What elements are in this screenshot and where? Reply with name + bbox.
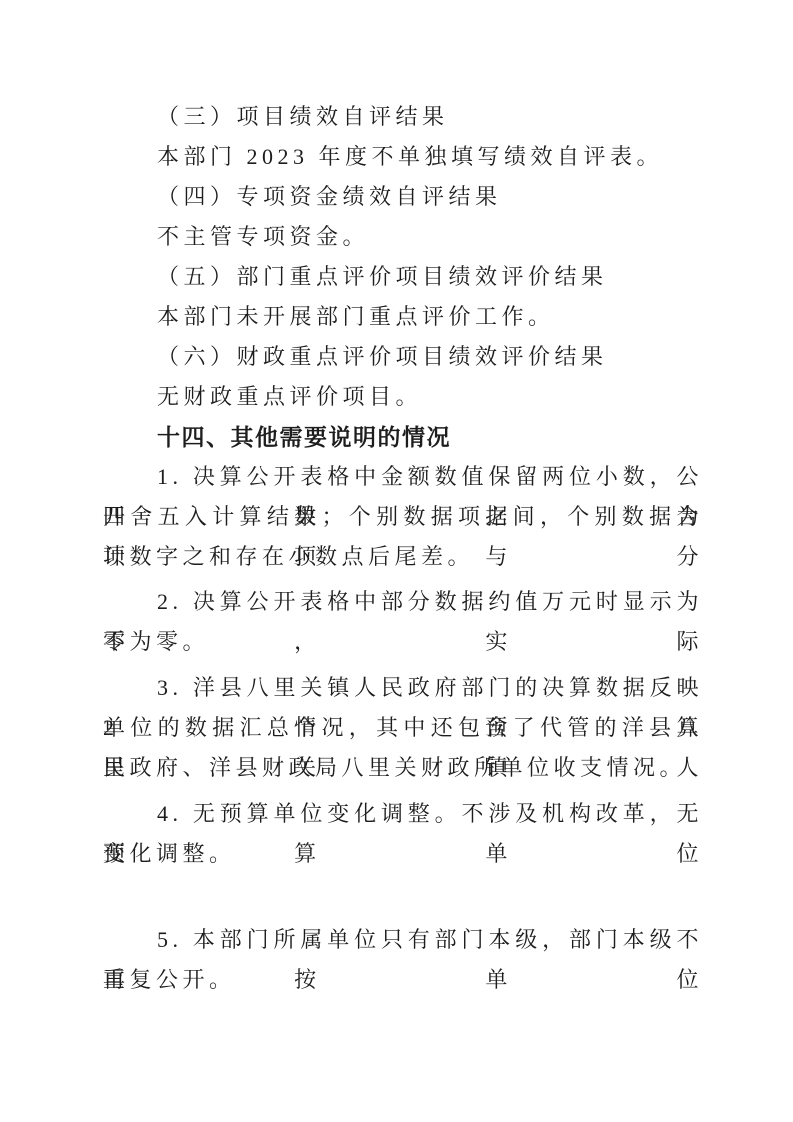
- text-line: （四）专项资金绩效自评结果: [103, 177, 703, 217]
- subsection-heading: （四）专项资金绩效自评结果: [103, 177, 703, 217]
- subsection-heading: （六）财政重点评价项目绩效评价结果: [103, 337, 703, 377]
- text-line: （六）财政重点评价项目绩效评价结果: [103, 337, 703, 377]
- text-line: 2. 决算公开表格中部分数据约值万元时显示为零，实际: [103, 582, 703, 622]
- text-line: 无财政重点评价项目。: [103, 377, 703, 417]
- subsection-heading: （三）项目绩效自评结果: [103, 97, 703, 137]
- text-line: 十四、其他需要说明的情况: [103, 417, 703, 457]
- paragraph: 不主管专项资金。: [103, 217, 703, 257]
- text-line: 民政府、洋县财政局八里关财政所单位收支情况。: [103, 748, 703, 788]
- text-line: 不主管专项资金。: [103, 217, 703, 257]
- blank-line: [103, 874, 703, 920]
- paragraph: 5. 本部门所属单位只有部门本级，部门本级不再按单位重复公开。: [103, 920, 703, 1000]
- text-line: （三）项目绩效自评结果: [103, 97, 703, 137]
- text-line: 本部门 2023 年度不单独填写绩效自评表。: [103, 137, 703, 177]
- document-page: （三）项目绩效自评结果本部门 2023 年度不单独填写绩效自评表。（四）专项资金…: [0, 0, 793, 1122]
- text-line: 本部门未开展部门重点评价工作。: [103, 297, 703, 337]
- text-line: 单位的数据汇总情况，其中还包含了代管的洋县八里关镇人: [103, 708, 703, 748]
- paragraph: 4. 无预算单位变化调整。不涉及机构改革，无预算单位变化调整。: [103, 794, 703, 874]
- paragraph: 本部门未开展部门重点评价工作。: [103, 297, 703, 337]
- document-body: （三）项目绩效自评结果本部门 2023 年度不单独填写绩效自评表。（四）专项资金…: [103, 97, 703, 1000]
- paragraph: 本部门 2023 年度不单独填写绩效自评表。: [103, 137, 703, 177]
- text-line: 3. 洋县八里关镇人民政府部门的决算数据反映 2 个预算: [103, 668, 703, 708]
- text-line: 四舍五入计算结果；个别数据项之间，个别数据合计项与分: [103, 497, 703, 537]
- paragraph: 1. 决算公开表格中金额数值保留两位小数，公开数据为四舍五入计算结果；个别数据项…: [103, 457, 703, 577]
- section-heading: 十四、其他需要说明的情况: [103, 417, 703, 457]
- subsection-heading: （五）部门重点评价项目绩效评价结果: [103, 257, 703, 297]
- paragraph: 2. 决算公开表格中部分数据约值万元时显示为零，实际不为零。: [103, 582, 703, 662]
- paragraph: 无财政重点评价项目。: [103, 377, 703, 417]
- text-line: （五）部门重点评价项目绩效评价结果: [103, 257, 703, 297]
- text-line: 5. 本部门所属单位只有部门本级，部门本级不再按单位: [103, 920, 703, 960]
- paragraph: 3. 洋县八里关镇人民政府部门的决算数据反映 2 个预算单位的数据汇总情况，其中…: [103, 668, 703, 788]
- text-line: 4. 无预算单位变化调整。不涉及机构改革，无预算单位: [103, 794, 703, 834]
- text-line: 1. 决算公开表格中金额数值保留两位小数，公开数据为: [103, 457, 703, 497]
